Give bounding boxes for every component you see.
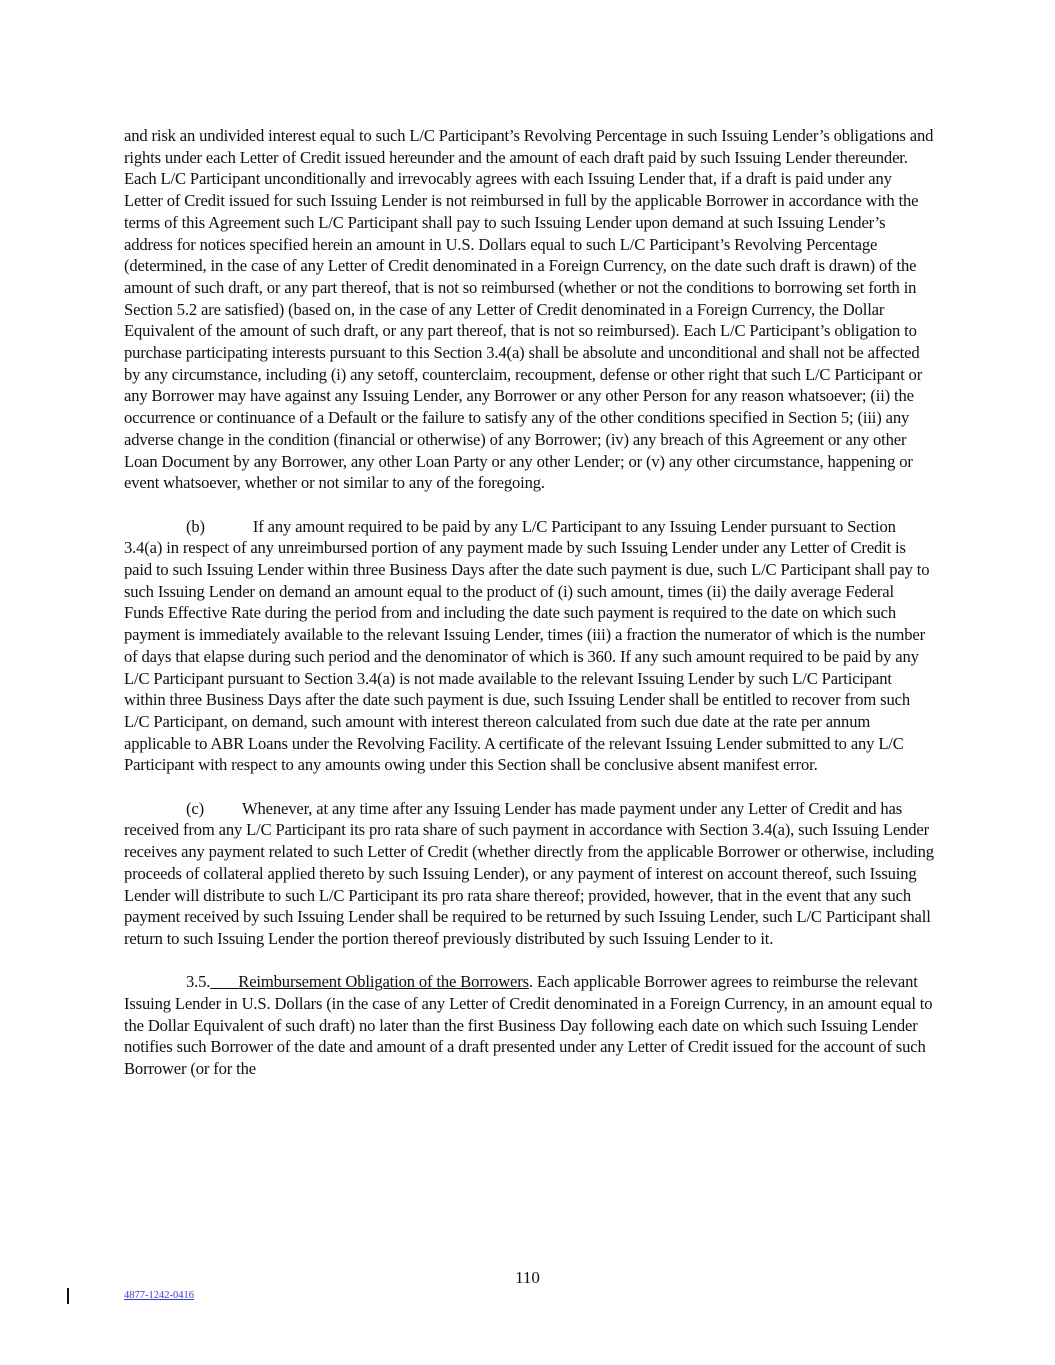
paragraph-3-4-a-continued: and risk an undivided interest equal to … (124, 125, 934, 494)
document-id-link[interactable]: 4877-1242-0416 (124, 1290, 194, 1301)
clause-label-b: (b) (186, 517, 205, 536)
clause-label-c: (c) (186, 799, 204, 818)
paragraph-3-4-c: (c)Whenever, at any time after any Issui… (124, 798, 934, 950)
section-3-5: 3.5. Reimbursement Obligation of the Bor… (124, 971, 934, 1080)
heading-underline-gap (210, 972, 238, 991)
clause-b-text: If any amount required to be paid by any… (124, 517, 929, 775)
revision-change-bar (67, 1288, 69, 1304)
section-number: 3.5. (186, 972, 210, 991)
document-body: and risk an undivided interest equal to … (124, 125, 934, 1102)
document-page: and risk an undivided interest equal to … (0, 0, 1055, 1365)
clause-c-text: Whenever, at any time after any Issuing … (124, 799, 934, 948)
paragraph-3-4-b: (b)If any amount required to be paid by … (124, 516, 934, 776)
page-number: 110 (0, 1268, 1055, 1288)
section-heading: Reimbursement Obligation of the Borrower… (238, 972, 529, 991)
